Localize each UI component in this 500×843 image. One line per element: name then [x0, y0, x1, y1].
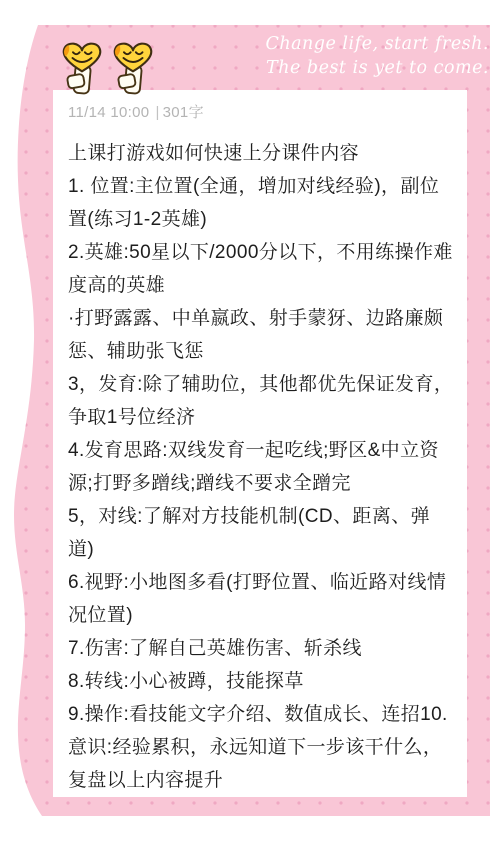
motto-quote: Change life, start fresh. The best is ye…: [265, 32, 489, 80]
note-paragraph: 6.视野:小地图多看(打野位置、临近路对线情况位置): [68, 566, 454, 632]
note-paragraph: 2.英雄:50星以下/2000分以下，不用练操作难度高的英雄: [68, 236, 454, 302]
note-paragraph: 上课打游戏如何快速上分课件内容: [68, 137, 454, 170]
note-paragraph: 8.转线:小心被蹲，技能探草: [68, 665, 454, 698]
note-timestamp: 11/14 10:00: [68, 104, 149, 121]
note-paragraph: 5，对线:了解对方技能机制(CD、距离、弹道): [68, 500, 454, 566]
note-paragraph: 9.操作:看技能文字介绍、数值成长、连招10.意识:经验累积，永远知道下一步该干…: [68, 698, 454, 797]
heart-smiley-icon: [58, 38, 106, 97]
heart-sticker-group: [58, 38, 157, 97]
note-word-count: 301字: [163, 104, 204, 121]
note-paragraph: 1. 位置:主位置(全通，增加对线经验)，副位置(练习1-2英雄): [68, 170, 454, 236]
note-paragraph: 7.伤害:了解自己英雄伤害、斩杀线: [68, 632, 454, 665]
note-paragraph: 4.发育思路:双线发育一起吃线;野区&中立资源;打野多蹭线;蹭线不要求全蹭完: [68, 434, 454, 500]
motto-line-2: The best is yet to come.: [265, 56, 489, 80]
note-paragraph: 3，发育:除了辅助位，其他都优先保证发育，争取1号位经济: [68, 368, 454, 434]
meta-separator: |: [149, 104, 162, 121]
heart-smiley-icon: [109, 38, 157, 97]
note-card: 11/14 10:00|301字 上课打游戏如何快速上分课件内容1. 位置:主位…: [53, 90, 467, 797]
note-paragraph: ·打野露露、中单嬴政、射手蒙犽、边路廉颇惩、辅助张飞惩: [68, 302, 454, 368]
motto-line-1: Change life, start fresh.: [265, 32, 489, 56]
page: { "header": { "quote_line1": "Change lif…: [0, 0, 500, 843]
note-content: 上课打游戏如何快速上分课件内容1. 位置:主位置(全通，增加对线经验)，副位置(…: [68, 137, 454, 797]
